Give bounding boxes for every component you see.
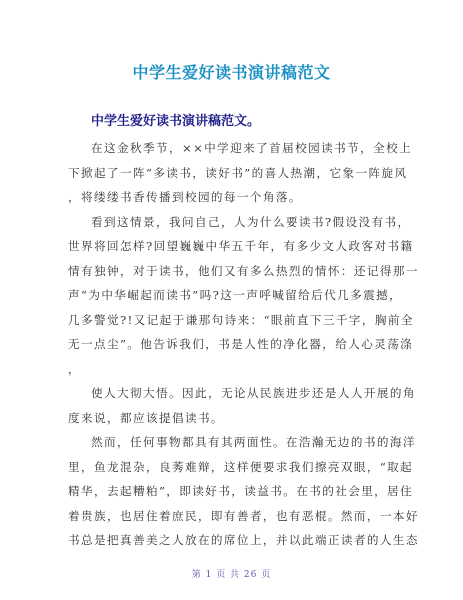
body-line: 几多警觉?!又记起于谦那句诗来：“眼前直下三千字，胸前全 <box>68 308 394 333</box>
body-line: 在这金秋季节，××中学迎来了首届校园读书节，全校上 <box>68 136 394 161</box>
body-line: 无一点尘”。他告诉我们，书是人性的净化器，给人心灵荡涤 <box>68 332 394 357</box>
body-line: 然而，任何事物都具有其两面性。在浩瀚无边的书的海洋 <box>68 430 394 455</box>
body-line: 看到这情景，我问自己，人为什么要读书?假设没有书， <box>68 210 394 235</box>
body-line: 下掀起了一阵“多读书，读好书”的喜人热潮，它象一阵旋风 <box>68 161 394 186</box>
body-line: ， <box>68 357 394 382</box>
document-page: 中学生爱好读书演讲稿范文 中学生爱好读书演讲稿范文。 在这金秋季节，××中学迎来… <box>0 0 463 600</box>
document-title: 中学生爱好读书演讲稿范文 <box>0 60 463 83</box>
document-body: 在这金秋季节，××中学迎来了首届校园读书节，全校上 下掀起了一阵“多读书，读好书… <box>68 136 394 553</box>
body-line: 书总是把真善美之人放在的席位上，并以此端正读者的人生态 <box>68 528 394 553</box>
body-line: 使人大彻大悟。因此，无论从民族进步还是人人开展的角 <box>68 381 394 406</box>
body-line: 度来说，都应该提倡读书。 <box>68 406 394 431</box>
body-line: 情有独钟，对于读书，他们又有多么热烈的情怀：还记得那一 <box>68 259 394 284</box>
document-subtitle: 中学生爱好读书演讲稿范文。 <box>91 110 260 129</box>
body-line: 着贵族，也居住着庶民，即有善者，也有恶棍。然而，一本好 <box>68 504 394 529</box>
body-line: 世界将回怎样?回望巍巍中华五千年，有多少文人政客对书籍 <box>68 234 394 259</box>
body-line: 精华，去起糟粕”，即读好书，读益书。在书的社会里，居住 <box>68 479 394 504</box>
body-line: ，将缕缕书香传播到校园的每一个角落。 <box>68 185 394 210</box>
body-line: 声“为中华崛起而读书”吗?这一声呼喊留给后代几多震撼， <box>68 283 394 308</box>
body-line: 里，鱼龙混杂，良莠难辩，这样便要求我们擦亮双眼，“取起 <box>68 455 394 480</box>
page-number-footer: 第 1 页 共 26 页 <box>0 567 463 580</box>
